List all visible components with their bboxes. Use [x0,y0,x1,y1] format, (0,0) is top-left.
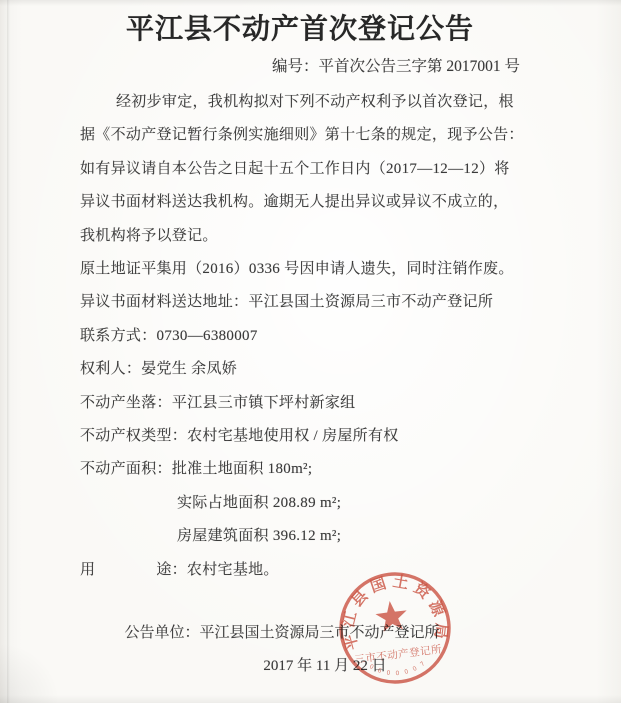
usage-line: 用途：农村宅基地。 [80,554,520,587]
location-label: 不动产坐落： [80,395,172,411]
right-type-label: 不动产权类型： [80,428,187,444]
usage-label-start: 用 [80,562,95,578]
paragraph-line: 经初步审定，我机构拟对下列不动产权利予以首次登记，根 [80,86,520,119]
area-actual-line: 实际占地面积 208.89 m²; [80,487,520,520]
page-edge-shade-bottom [0,695,621,703]
announcement-date: 2017 年 11 月 22 日 [105,650,545,683]
paragraph-line: 据《不动产登记暂行条例实施细则》第十七条的规定，现予公告： [80,119,520,152]
location-value: 平江县三市镇下坪村新家组 [172,395,356,411]
location-line: 不动产坐落：平江县三市镇下坪村新家组 [80,387,520,420]
objection-address-line: 异议书面材料送达地址：平江县国土资源局三市不动产登记所 [80,286,520,319]
area-approved-value: 批准土地面积 180m²; [172,461,312,477]
page-edge-shade-top [0,0,621,6]
paragraph-line: 异议书面材料送达我机构。逾期无人提出异议或异议不成立的， [80,186,520,219]
document-content: 平江县不动产首次登记公告 编号：平首次公告三字第 2017001 号 经初步审定… [0,10,621,683]
contact-label: 联系方式： [80,328,157,344]
right-type-line: 不动产权类型：农村宅基地使用权 / 房屋所有权 [80,420,520,453]
document-number: 编号：平首次公告三字第 2017001 号 [80,52,520,82]
scanned-announcement-page: 平江县不动产首次登记公告 编号：平首次公告三字第 2017001 号 经初步审定… [0,0,621,703]
page-title: 平江县不动产首次登记公告 [80,10,520,50]
area-label: 不动产面积： [80,461,172,477]
objection-address-value: 平江县国土资源局三市不动产登记所 [248,294,493,310]
document-body: 经初步审定，我机构拟对下列不动产权利予以首次登记，根 据《不动产登记暂行条例实施… [80,86,520,587]
objection-address-label: 异议书面材料送达地址： [80,294,248,310]
contact-line: 联系方式：0730—6380007 [80,320,520,353]
announcer-line: 公告单位：平江县国土资源局三市不动产登记所 [62,617,502,650]
area-building-line: 房屋建筑面积 396.12 m²; [80,520,520,553]
announcer-label: 公告单位： [124,625,199,641]
paragraph-line: 我机构将予以登记。 [80,220,520,253]
usage-value: 农村宅基地。 [187,562,279,578]
right-type-value: 农村宅基地使用权 / 房屋所有权 [187,428,398,444]
usage-label-end: 途： [156,562,187,578]
right-holder-line: 权利人：晏党生 余凤娇 [80,353,520,386]
right-holder-value: 晏党生 余凤娇 [141,361,237,377]
contact-value: 0730—6380007 [157,328,258,344]
cancellation-notice: 原土地证平集用（2016）0336 号因申请人遗失，同时注销作废。 [80,253,520,286]
announcer-value: 平江县国土资源局三市不动产登记所 [200,625,440,641]
paragraph-line: 如有异议请自本公告之日起十五个工作日内（2017—12—12）将 [80,153,520,186]
right-holder-label: 权利人： [80,361,141,377]
area-line: 不动产面积：批准土地面积 180m²; [80,453,520,486]
document-footer: 公告单位：平江县国土资源局三市不动产登记所 2017 年 11 月 22 日 [80,617,520,683]
